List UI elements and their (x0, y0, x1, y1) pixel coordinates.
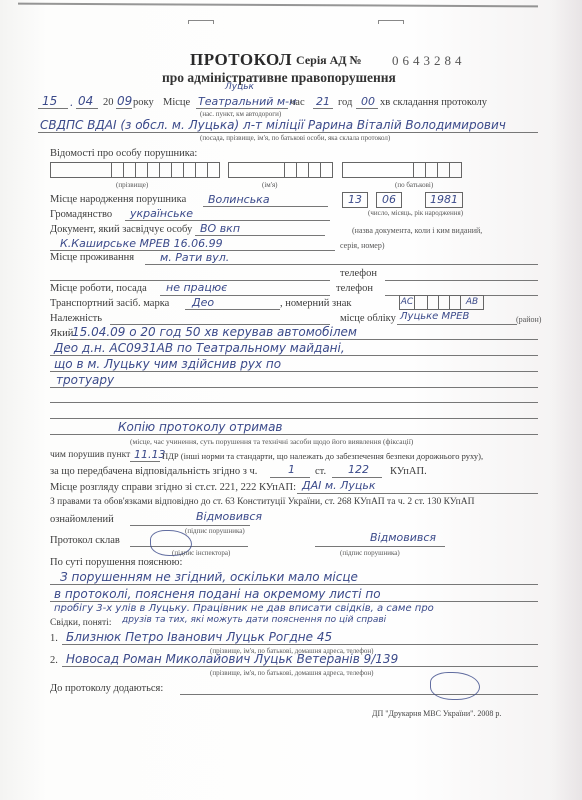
offender-section-label: Відомості про особу порушника: (50, 148, 197, 159)
witness-2: Новосад Роман Миколайович Луцьк Ветерані… (66, 652, 398, 666)
document-issue: К.Каширське МРЕВ 16.06.99 (60, 237, 223, 250)
offender-signature: Відмовився (370, 531, 436, 544)
birth-year: 1981 (425, 192, 463, 208)
name-boxes (228, 162, 333, 178)
document-value: ВО вкп (200, 222, 240, 235)
date-month: 04 (78, 94, 93, 108)
document-subtitle: про адміністративне правопорушення (162, 70, 396, 86)
protocol-page: ПРОТОКОЛ Серія АД № 0643284 про адмініст… (0, 0, 582, 800)
witness-1: Близнюк Петро Іванович Луцьк Рогдне 45 (66, 630, 332, 644)
series-label: Серія АД № (296, 53, 362, 68)
document-title: ПРОТОКОЛ (190, 50, 292, 70)
registration-value: Луцьке МРЕВ (400, 311, 469, 322)
explanation-overlap: друзів та тих, які можуть дати пояснення… (122, 615, 386, 625)
explanation-line-2: в протоколі, поясненя подані на окремому… (54, 587, 381, 601)
staple-mark (188, 20, 214, 24)
time-hour: 21 (316, 95, 330, 108)
patronymic-boxes (342, 162, 462, 178)
top-edge-line (18, 3, 538, 8)
violation-line-2: Део д.н. АС0931АВ по Театральному майдан… (54, 341, 345, 355)
printer-imprint: ДП "Друкарня МВС України". 2008 р. (372, 709, 501, 718)
birth-month: 06 (376, 192, 402, 208)
witness-signature (430, 672, 480, 700)
time-minute: 00 (361, 95, 375, 108)
article-part: 1 (288, 463, 295, 476)
page-shadow (552, 0, 582, 800)
copy-received-note: Копію протоколу отримав (118, 420, 283, 434)
surname-boxes (50, 162, 220, 178)
review-place: ДАІ м. Луцьк (302, 479, 376, 492)
inspector-info: СВДПС ВДАІ (з обсл. м. Луцька) л-т міліц… (40, 118, 506, 132)
work-value: не працює (166, 281, 227, 294)
explanation-line-3: пробігу 3-х улів в Луцьку. Працівник не … (54, 603, 434, 614)
place-value: Театральний м-н (198, 95, 296, 108)
birth-day: 13 (342, 192, 368, 208)
place-label: Місце (163, 97, 190, 108)
residence-value: м. Рати вул. (160, 251, 229, 264)
citizenship-value: українське (130, 207, 193, 220)
violated-point: 11.13 (134, 448, 166, 461)
explanation-line-1: З порушенням не згідний, оскільки мало м… (60, 570, 358, 584)
staple-mark (378, 20, 404, 24)
vehicle-brand: Део (192, 296, 214, 309)
birthplace-value: Волинська (208, 193, 270, 206)
article-number: 122 (348, 463, 369, 476)
plate-number-boxes: АС АВ (399, 295, 484, 310)
place-city: Луцьк (225, 82, 254, 92)
violation-line-1: 15.04.09 о 20 год 50 хв керував автомобі… (72, 325, 357, 339)
date-year: 09 (117, 94, 132, 108)
acquainted-signature: Відмовився (196, 510, 262, 523)
date-day: 15 (42, 94, 57, 108)
violation-line-3: що в м. Луцьку чим здійснив рух по (54, 357, 281, 371)
protocol-number: 0643284 (392, 53, 466, 69)
violation-line-4: тротуару (56, 373, 114, 387)
